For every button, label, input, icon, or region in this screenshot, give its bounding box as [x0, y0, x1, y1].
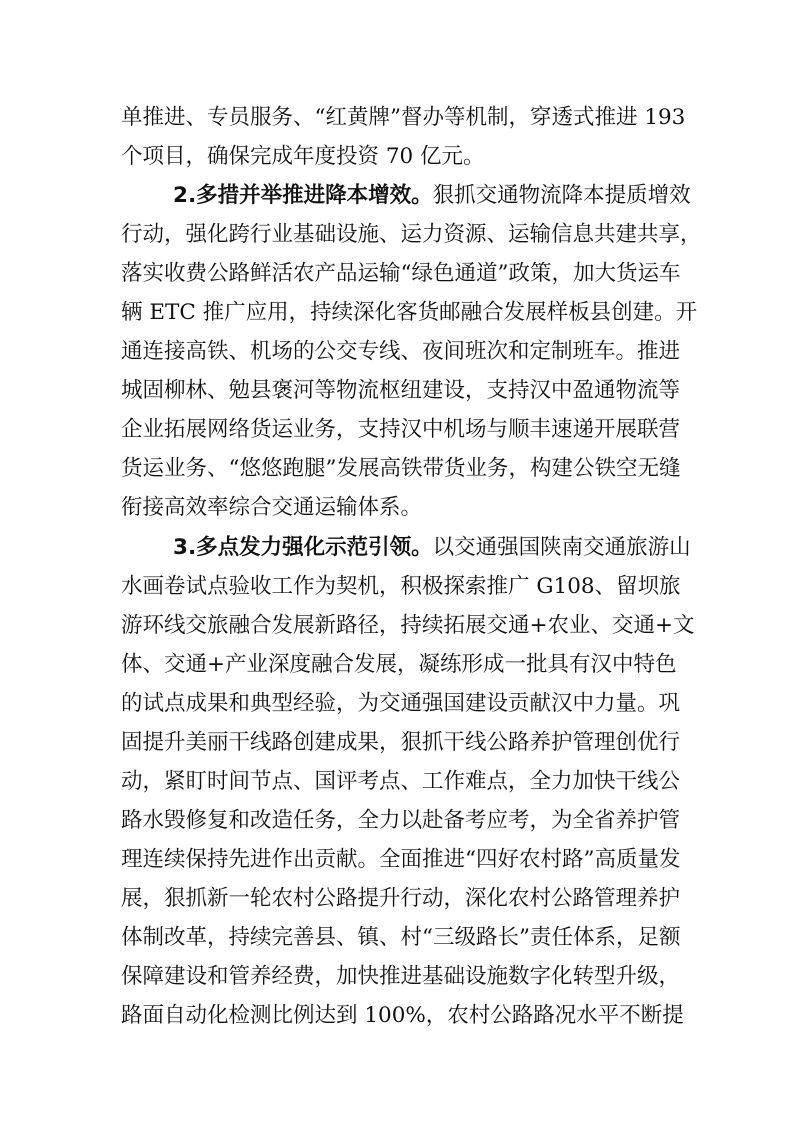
paragraph-section-2: 2.多措并举推进降本增效。狠抓交通物流降本提质增效 行动，强化跨行业基础设施、运…: [121, 176, 674, 527]
paragraph-section-3: 3.多点发力强化示范引领。以交通强国陕南交通旅游山 水画卷试点验收工作为契机，积…: [121, 528, 674, 1036]
text-line: 展，狠抓新一轮农村公路提升行动，深化农村公路管理养护: [121, 879, 674, 918]
section-heading: 2.多措并举推进降本增效。: [173, 183, 433, 208]
text-line: 城固柳林、勉县褒河等物流枢纽建设，支持汉中盈通物流等: [121, 371, 674, 410]
text-line: 水画卷试点验收工作为契机，积极探索推广 G108、留坝旅: [121, 567, 674, 606]
text-line: 行动，强化跨行业基础设施、运力资源、运输信息共建共享，: [121, 215, 674, 254]
text-line: 动，紧盯时间节点、国评考点、工作难点，全力加快干线公: [121, 762, 674, 801]
text-line: 固提升美丽干线路创建成果，狠抓干线公路养护管理创优行: [121, 723, 674, 762]
document-page: 单推进、专员服务、“红黄牌”督办等机制，穿透式推进 193 个项目，确保完成年度…: [121, 98, 674, 1035]
text-line: 理连续保持先进作出贡献。全面推进“四好农村路”高质量发: [121, 840, 674, 879]
text-line: 辆 ETC 推广应用，持续深化客货邮融合发展样板县创建。开: [121, 293, 674, 332]
text-line: 单推进、专员服务、“红黄牌”督办等机制，穿透式推进 193: [121, 98, 674, 137]
text-line: 衔接高效率综合交通运输体系。: [121, 488, 674, 527]
text-line: 的试点成果和典型经验，为交通强国建设贡献汉中力量。巩: [121, 684, 674, 723]
section-heading: 3.多点发力强化示范引领。: [173, 535, 433, 560]
text-line: 游环线交旅融合发展新路径，持续拓展交通+农业、交通+文: [121, 606, 674, 645]
text-line: 路水毁修复和改造任务，全力以赴备考应考，为全省养护管: [121, 801, 674, 840]
text-run: 以交通强国陕南交通旅游山: [433, 535, 691, 560]
text-line: 落实收费公路鲜活农产品运输“绿色通道”政策，加大货运车: [121, 254, 674, 293]
text-line: 通连接高铁、机场的公交专线、夜间班次和定制班车。推进: [121, 332, 674, 371]
text-line: 路面自动化检测比例达到 100%，农村公路路况水平不断提: [121, 996, 674, 1035]
text-line: 个项目，确保完成年度投资 70 亿元。: [121, 137, 674, 176]
text-run: 狠抓交通物流降本提质增效: [433, 183, 691, 208]
text-line: 货运业务、“悠悠跑腿”发展高铁带货业务，构建公铁空无缝: [121, 449, 674, 488]
text-line: 体、交通+产业深度融合发展，凝练形成一批具有汉中特色: [121, 645, 674, 684]
paragraph-continuation: 单推进、专员服务、“红黄牌”督办等机制，穿透式推进 193 个项目，确保完成年度…: [121, 98, 674, 176]
text-line: 保障建设和管养经费，加快推进基础设施数字化转型升级，: [121, 957, 674, 996]
text-line: 体制改革，持续完善县、镇、村“三级路长”责任体系，足额: [121, 918, 674, 957]
text-line: 2.多措并举推进降本增效。狠抓交通物流降本提质增效: [121, 176, 674, 215]
text-line: 企业拓展网络货运业务，支持汉中机场与顺丰速递开展联营: [121, 410, 674, 449]
text-line: 3.多点发力强化示范引领。以交通强国陕南交通旅游山: [121, 528, 674, 567]
